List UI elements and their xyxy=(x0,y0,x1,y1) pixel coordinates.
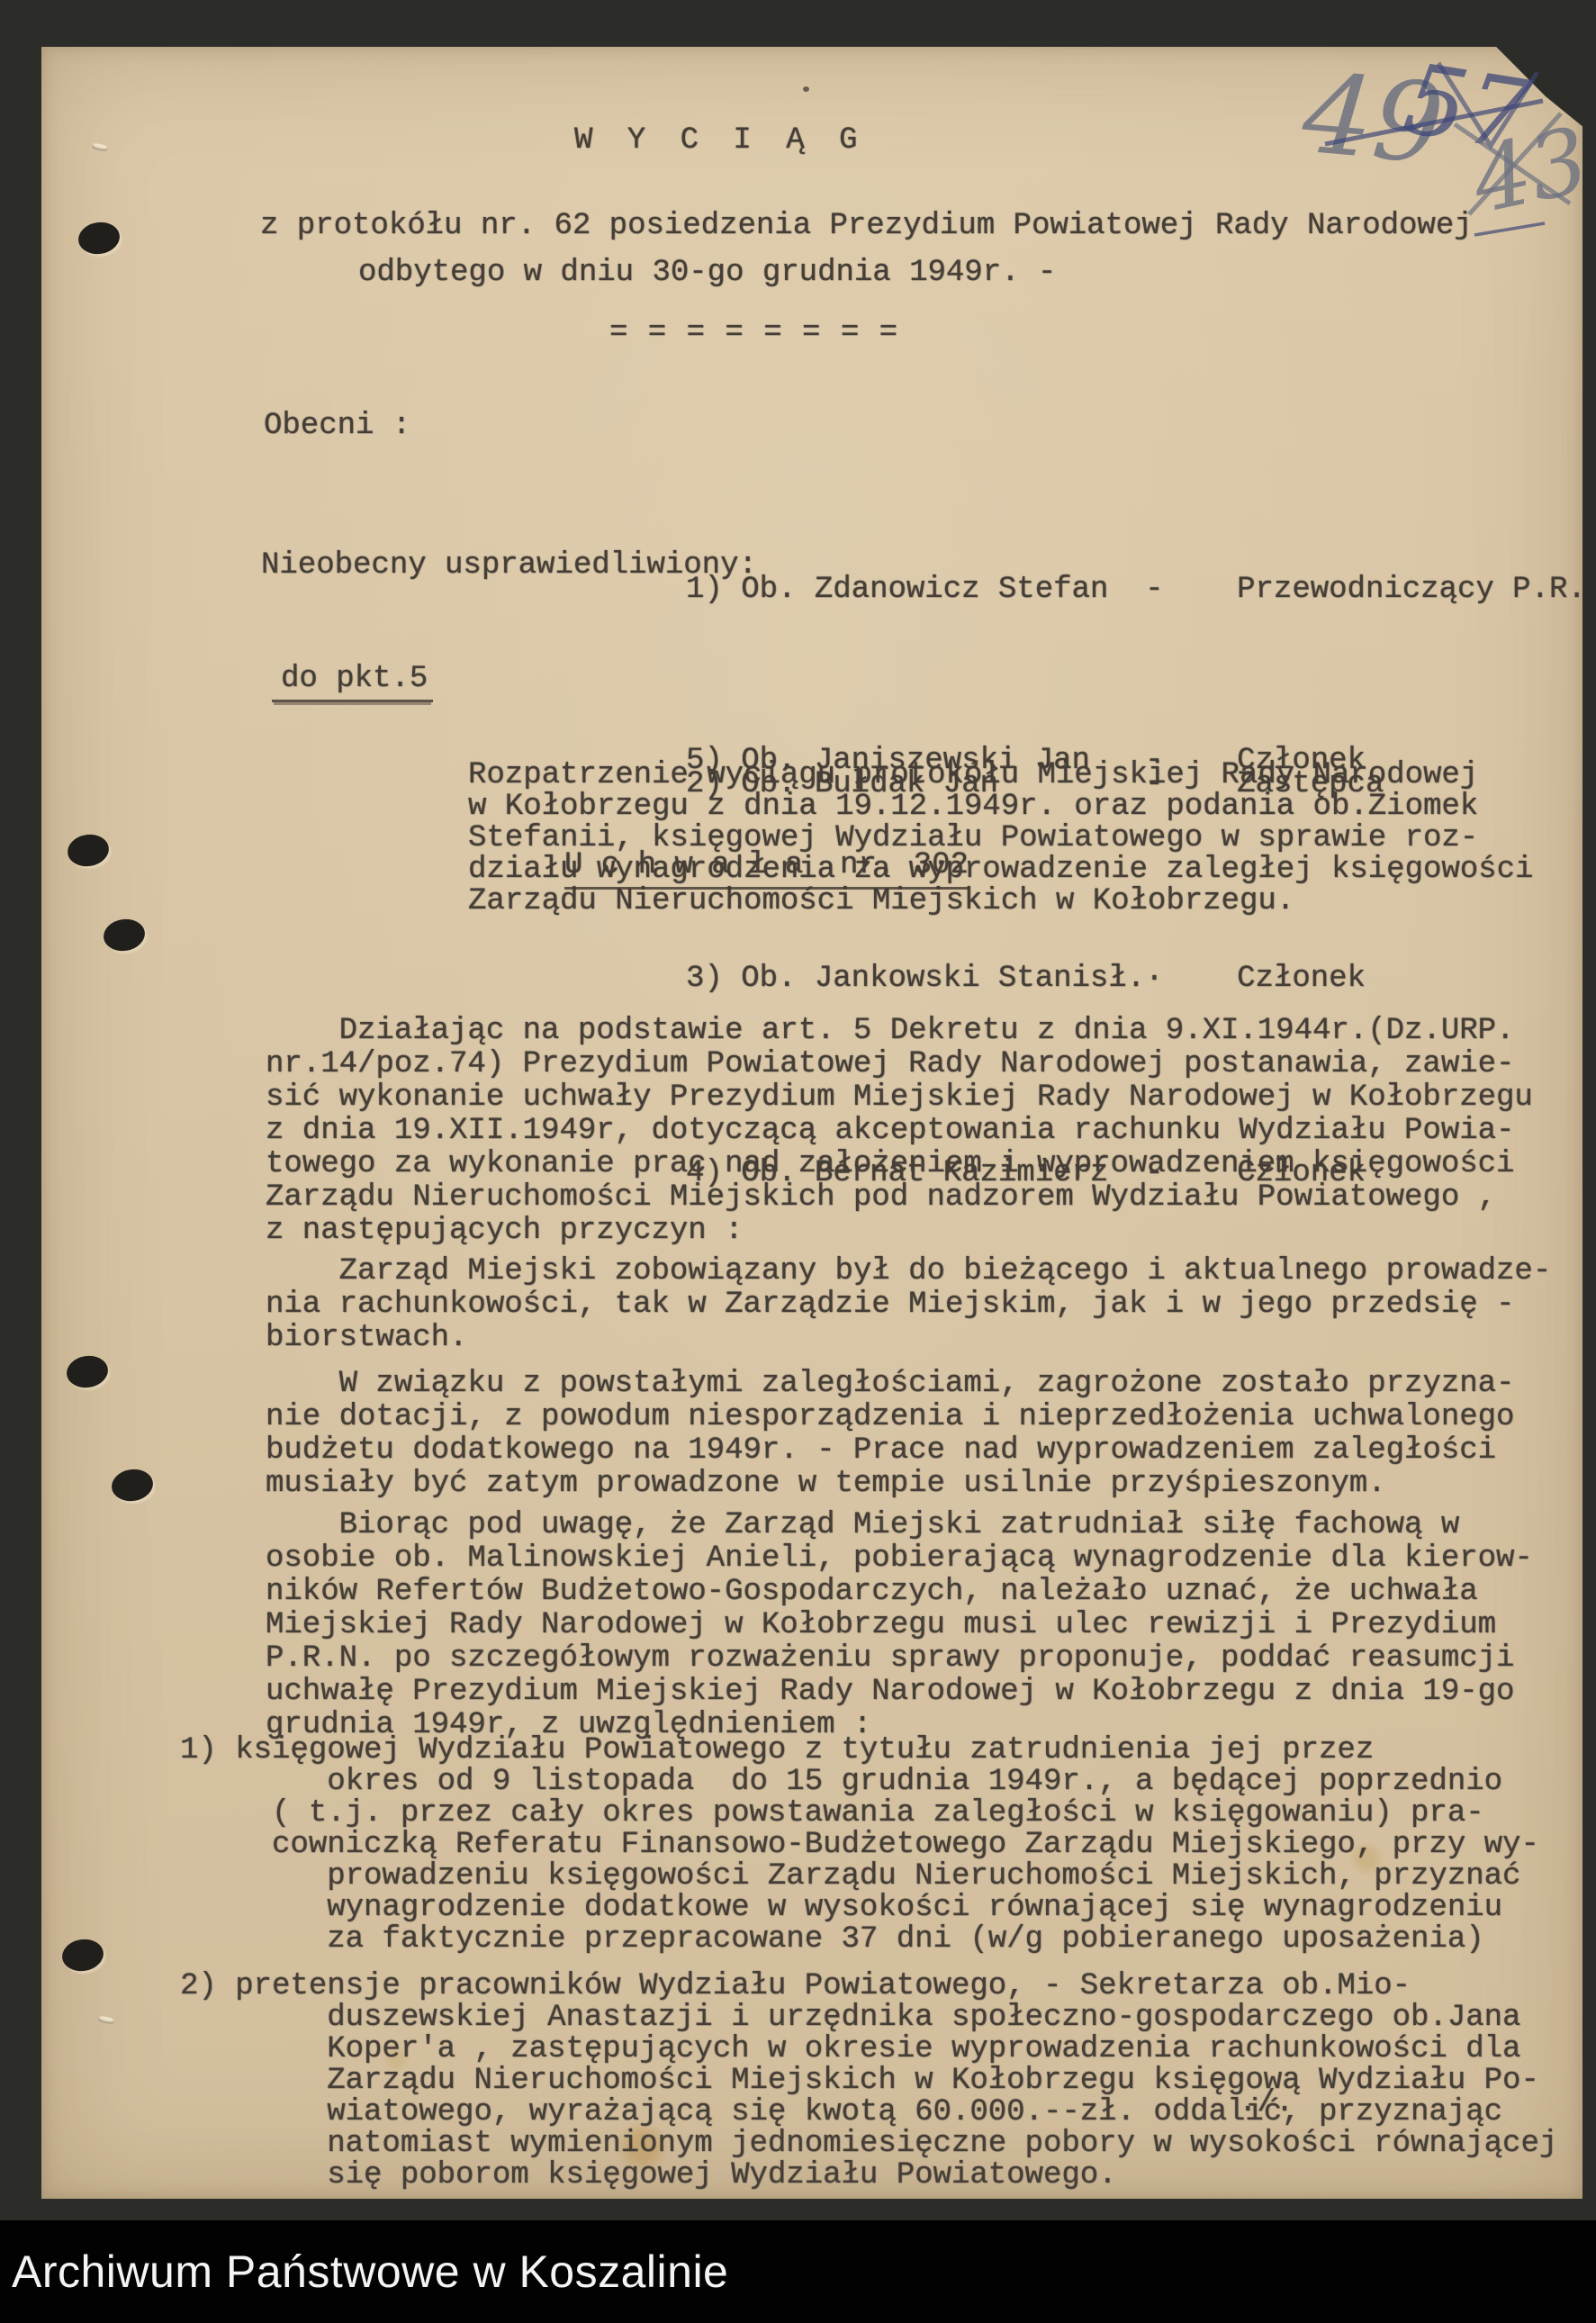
resolution-heading: U c h w a ł a nr. 302 xyxy=(564,849,969,890)
separator-line: = = = = = = = = xyxy=(609,317,898,350)
text-line: Działając na podstawie art. 5 Dekretu z … xyxy=(266,1015,1533,1048)
text-line: natomiast wymienionym jednomiesięczne po… xyxy=(180,2129,1557,2160)
punch-hole xyxy=(77,220,122,258)
text-line: Zarządu Nieruchomości Miejskich w Kołobr… xyxy=(180,2065,1557,2097)
resolution-item-2: 2) pretensje pracowników Wydziału Powiat… xyxy=(180,1871,1557,2192)
paper-nick xyxy=(97,2015,114,2025)
continuation-mark: ./. xyxy=(1239,2087,1294,2120)
text-line: W związku z powstałymi zaległościami, za… xyxy=(266,1368,1514,1401)
text-line: wiatowego, wyrażającą się kwotą 60.000.-… xyxy=(180,2097,1557,2129)
text-line: ników Refertów Budżetowo-Gospodarczych, … xyxy=(266,1576,1533,1609)
text-line: Zarządu Nieruchomości Miejskich w Kołobr… xyxy=(468,886,1533,917)
punch-hole xyxy=(110,1467,156,1505)
punch-hole xyxy=(66,832,112,870)
text-line: Rozpatrzenie wyciągu protokółu Miejskiej… xyxy=(468,760,1533,791)
punch-hole xyxy=(60,1937,106,1975)
text-line: 1) księgowej Wydziału Powiatowego z tytu… xyxy=(180,1735,1539,1767)
text-line: osobie ob. Malinowskiej Anieli, pobieraj… xyxy=(266,1542,1533,1576)
intro-line-1: z protokółu nr. 62 posiedzenia Prezydium… xyxy=(260,210,1473,243)
document-title: W Y C I Ą G xyxy=(574,124,865,158)
document-paper: W Y C I Ą G z protokółu nr. 62 posiedzen… xyxy=(41,47,1582,2199)
text-line: nr.14/poz.74) Prezydium Powiatowej Rady … xyxy=(266,1048,1533,1081)
punch-hole xyxy=(102,917,148,954)
text-line: się poborom księgowej Wydziału Powiatowe… xyxy=(180,2160,1557,2192)
text-line: z dnia 19.XII.1949r, dotyczącą akceptowa… xyxy=(266,1115,1533,1148)
intro-line-2: odbytego w dniu 30-go grudnia 1949r. - xyxy=(358,257,1056,290)
archive-footer-bar: Archiwum Państwowe w Koszalinie xyxy=(0,2220,1596,2323)
present-label: Obecni : xyxy=(264,410,410,443)
paper-nick xyxy=(91,142,108,152)
text-line: 2) pretensje pracowników Wydziału Powiat… xyxy=(180,1971,1557,2002)
ink-speck xyxy=(803,86,809,92)
text-line: Koper'a , zastępujących w okresie wyprow… xyxy=(180,2034,1557,2065)
absent-label: Nieobecny usprawiedliwiony: xyxy=(261,549,757,583)
archive-name: Archiwum Państwowe w Koszalinie xyxy=(12,2246,728,2298)
text-line: okres od 9 listopada do 15 grudnia 1949r… xyxy=(180,1767,1539,1798)
text-line: w Kołobrzegu z dnia 19.12.1949r. oraz po… xyxy=(468,791,1533,823)
text-line: sić wykonanie uchwały Prezydium Miejskie… xyxy=(266,1081,1533,1115)
text-line: Biorąc pod uwagę, że Zarząd Miejski zatr… xyxy=(266,1509,1533,1542)
scanned-document-page: W Y C I Ą G z protokółu nr. 62 posiedzen… xyxy=(0,0,1596,2323)
text-line: duszewskiej Anastazji i urzędnika społec… xyxy=(180,2002,1557,2034)
text-line: ( t.j. przez cały okres powstawania zale… xyxy=(180,1798,1539,1830)
text-line: cowniczką Referatu Finansowo-Budżetowego… xyxy=(180,1830,1539,1861)
agenda-point-label: do pkt.5 xyxy=(272,663,433,702)
punch-hole xyxy=(65,1353,111,1391)
